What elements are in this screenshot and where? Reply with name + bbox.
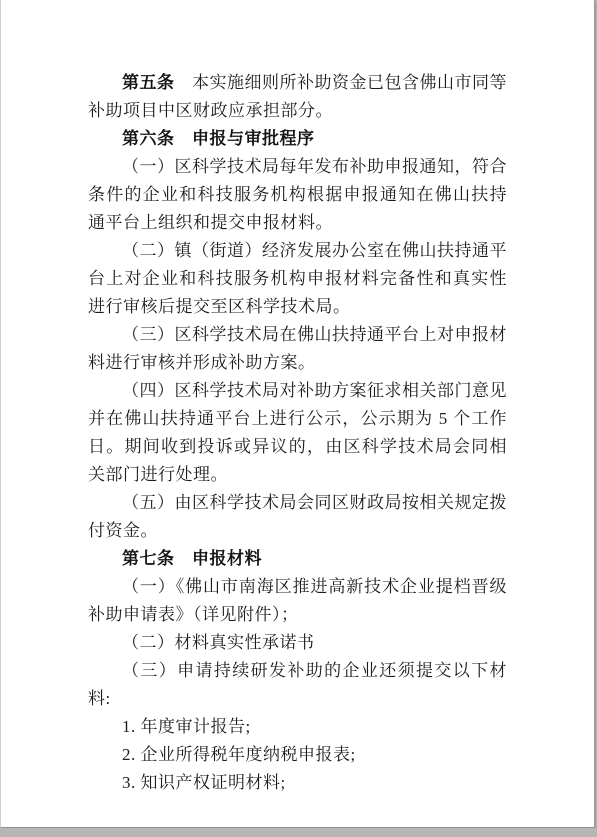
article-7-clause-3: （三）申请持续研发补助的企业还须提交以下材料: bbox=[88, 657, 507, 713]
article-7-clause-1: （一）《佛山市南海区推进高新技术企业提档晋级补助申请表》（详见附件）； bbox=[88, 573, 507, 629]
article-5-label: 第五条 bbox=[122, 73, 175, 92]
article-6-clause-1: （一）区科学技术局每年发布补助申报通知，符合条件的企业和科技服务机构根据申报通知… bbox=[88, 153, 507, 237]
page-gap-divider bbox=[0, 828, 597, 837]
article-6-clause-3: （三）区科学技术局在佛山扶持通平台上对申报材料进行审核并形成补助方案。 bbox=[88, 321, 507, 377]
document-content: 第五条 本实施细则所补助资金已包含佛山市同等补助项目中区财政应承担部分。 第六条… bbox=[1, 0, 594, 797]
article-7-subitem-3: 3. 知识产权证明材料; bbox=[88, 769, 507, 797]
article-7-subitem-1: 1. 年度审计报告; bbox=[88, 713, 507, 741]
article-6-heading: 第六条 申报与审批程序 bbox=[88, 125, 507, 153]
article-6-clause-5: （五）由区科学技术局会同区财政局按相关规定拨付资金。 bbox=[88, 489, 507, 545]
article-7-heading: 第七条 申报材料 bbox=[88, 545, 507, 573]
article-6-clause-4: （四）区科学技术局对补助方案征求相关部门意见并在佛山扶持通平台上进行公示，公示期… bbox=[88, 377, 507, 489]
article-5-clause: 第五条 本实施细则所补助资金已包含佛山市同等补助项目中区财政应承担部分。 bbox=[88, 69, 507, 125]
document-page: 第五条 本实施细则所补助资金已包含佛山市同等补助项目中区财政应承担部分。 第六条… bbox=[0, 0, 595, 828]
article-7-clause-2: （二）材料真实性承诺书 bbox=[88, 629, 507, 657]
article-7-subitem-2: 2. 企业所得税年度纳税申报表; bbox=[88, 741, 507, 769]
document-viewport: 第五条 本实施细则所补助资金已包含佛山市同等补助项目中区财政应承担部分。 第六条… bbox=[0, 0, 597, 837]
article-6-clause-2: （二）镇（街道）经济发展办公室在佛山扶持通平台上对企业和科技服务机构申报材料完备… bbox=[88, 237, 507, 321]
